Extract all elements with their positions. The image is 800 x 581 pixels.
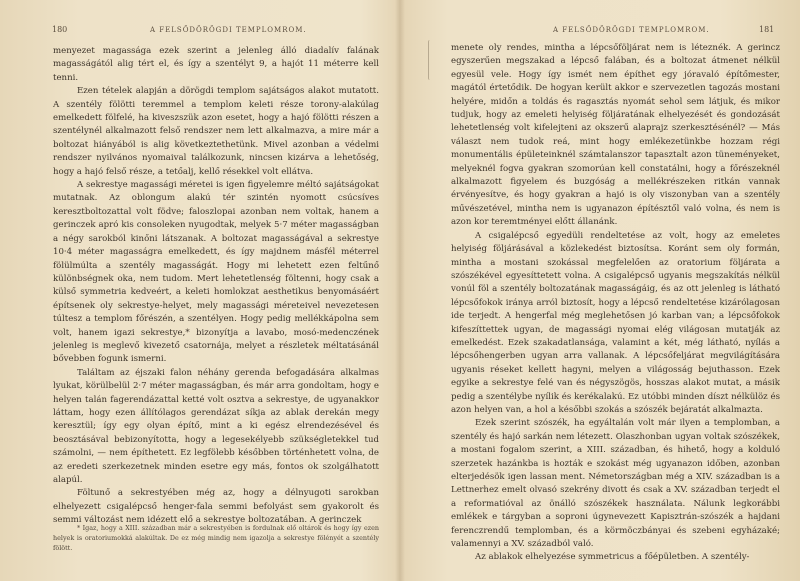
paragraph: Ezen tételek alapján a dörögdi templom s… — [53, 85, 379, 179]
paragraph: menete oly rendes, mintha a lépcsőföljár… — [451, 42, 780, 230]
paragraph: Ezek szerint szószék, ha egyáltalán volt… — [451, 417, 780, 551]
paragraph: A sekrestye magassági méretei is igen fi… — [53, 179, 379, 367]
paragraph: Föltunő a sekrestyében még az, hogy a dé… — [53, 487, 379, 527]
body-text: menete oly rendes, mintha a lépcsőföljár… — [451, 42, 780, 565]
left-page: 180 A FELSŐDÖRÖGDI TEMPLOMROM. menyezet … — [0, 0, 400, 581]
paragraph: menyezet magassága ezek szerint a jelenl… — [53, 45, 379, 85]
running-header: A FELSŐDÖRÖGDI TEMPLOMROM. — [553, 26, 710, 34]
right-page: A FELSŐDÖRÖGDI TEMPLOMROM. 181 menete ol… — [400, 0, 800, 581]
book-spread: 180 A FELSŐDÖRÖGDI TEMPLOMROM. menyezet … — [0, 0, 800, 581]
footnote: * Igaz, hogy a XIII. században már a sek… — [53, 523, 379, 553]
footnote-text: * Igaz, hogy a XIII. században már a sek… — [53, 523, 379, 553]
page-number: 181 — [759, 25, 774, 34]
paragraph: Találtam az éjszaki falon néhány gerenda… — [53, 367, 379, 488]
paragraph: A csigalépcső egyedüli rendeltetése az v… — [451, 230, 780, 418]
body-text: menyezet magassága ezek szerint a jelenl… — [53, 45, 379, 528]
page-number: 180 — [52, 25, 67, 34]
running-header: A FELSŐDÖRÖGDI TEMPLOMROM. — [150, 26, 307, 34]
paragraph: Az ablakok elhelyezése symmetricus a főé… — [451, 551, 780, 564]
